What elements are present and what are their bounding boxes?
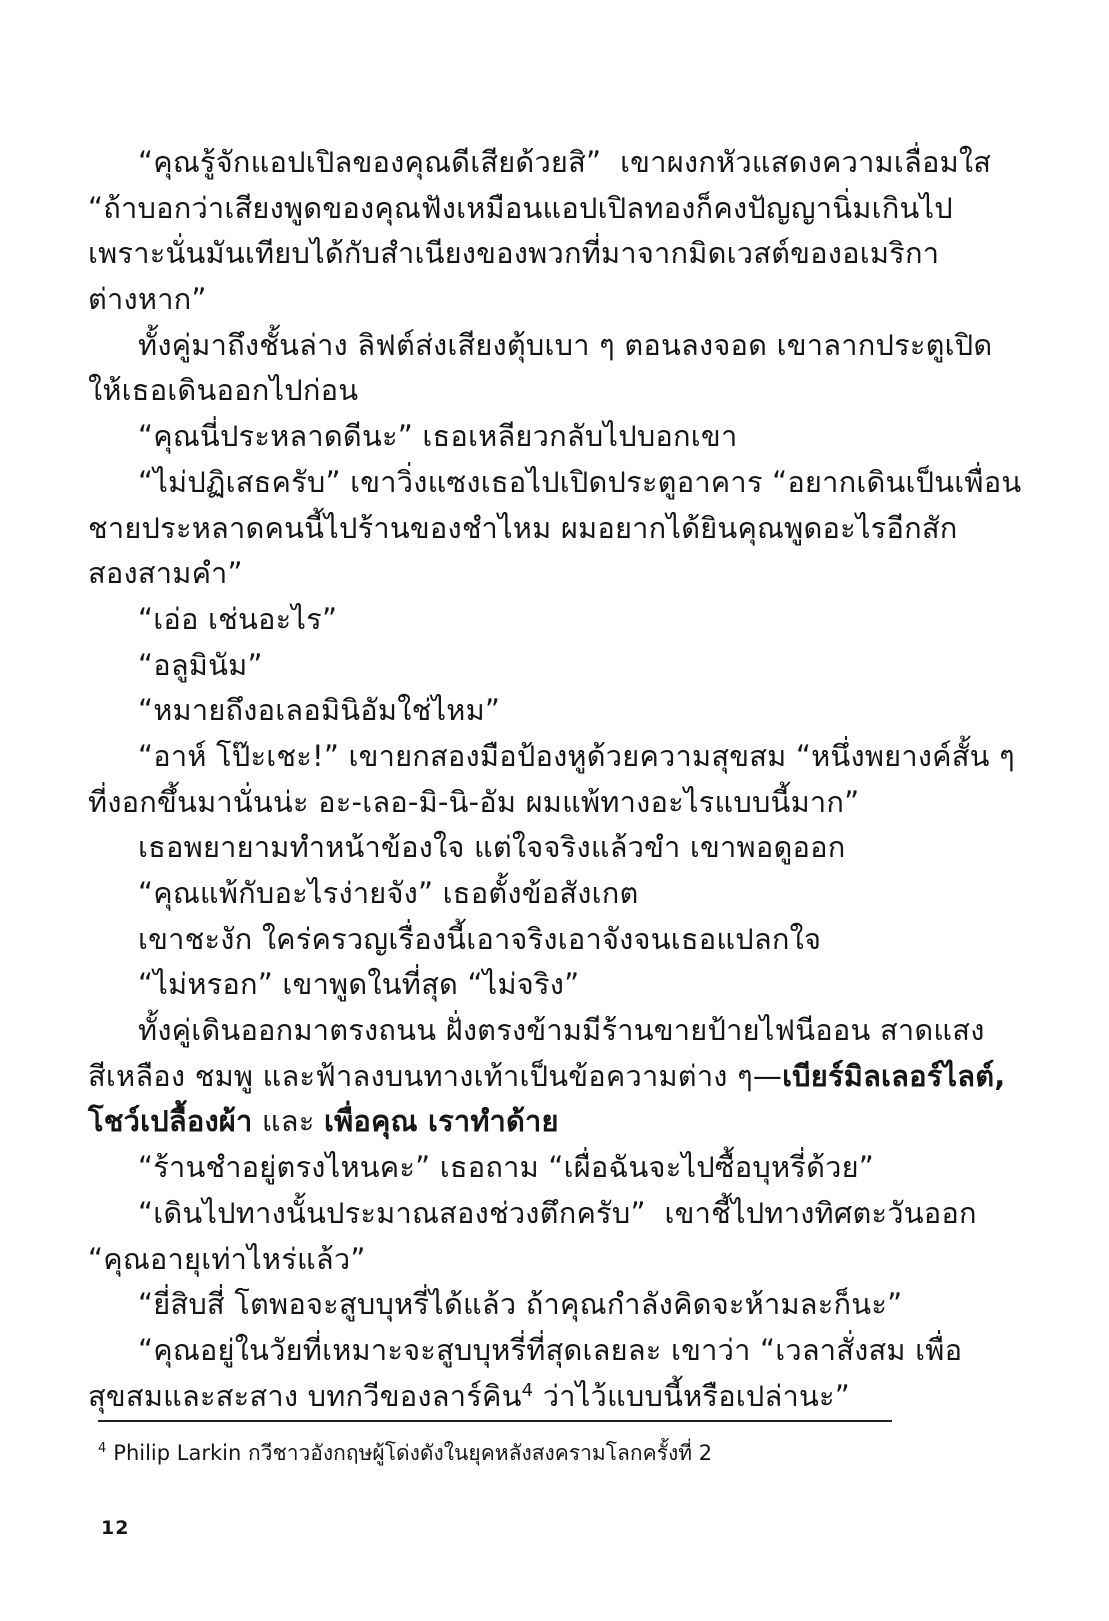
text-segment: ที่งอกขึ้นมานั่นน่ะ อะ-เลอ-มิ-นิ-อัม ผมแ… <box>88 785 859 819</box>
body-text: “คุณรู้จักแอปเปิลของคุณดีเสียด้วยสิ” เขา… <box>88 140 1020 1419</box>
text-line: “เอ่อ เช่นอะไร” <box>88 597 1020 643</box>
text-line: “อาห์ โป๊ะเชะ!” เขายกสองมือป้องหูด้วยควา… <box>88 734 1020 780</box>
text-segment: เพราะนั่นมันเทียบได้กับสำเนียงของพวกที่ม… <box>88 236 939 270</box>
text-segment: เขาชะงัก ใคร่ครวญเรื่องนี้เอาจริงเอาจังจ… <box>138 922 821 956</box>
text-segment: ให้เธอเดินออกไปก่อน <box>88 373 358 407</box>
text-line: ชายประหลาดคนนี้ไปร้านของชำไหม ผมอยากได้ย… <box>88 506 1020 552</box>
text-segment: “ยี่สิบสี่ โตพอจะสูบบุหรี่ได้แล้ว ถ้าคุณ… <box>138 1287 902 1321</box>
neon-sign-text: โชว์เปลื้องผ้า <box>88 1104 253 1138</box>
text-segment: “อาห์ โป๊ะเชะ!” เขายกสองมือป้องหูด้วยควา… <box>138 739 1015 773</box>
text-segment: สองสามคำ” <box>88 556 243 590</box>
text-line: “คุณแพ้กับอะไรง่ายจัง” เธอตั้งข้อสังเกต <box>88 871 1020 917</box>
text-line: โชว์เปลื้องผ้า และ เพื่อคุณ เราทำด้าย <box>88 1099 1020 1145</box>
text-segment: “เอ่อ เช่นอะไร” <box>138 602 337 636</box>
text-segment: “เดินไปทางนั้นประมาณสองช่วงตึกครับ” เขาช… <box>138 1196 977 1230</box>
text-line: ที่งอกขึ้นมานั่นน่ะ อะ-เลอ-มิ-นิ-อัม ผมแ… <box>88 780 1020 826</box>
text-line: เขาชะงัก ใคร่ครวญเรื่องนี้เอาจริงเอาจังจ… <box>88 917 1020 963</box>
page-number: 12 <box>101 1517 129 1539</box>
text-line: “คุณรู้จักแอปเปิลของคุณดีเสียด้วยสิ” เขา… <box>88 140 1020 186</box>
text-segment: “คุณนี่ประหลาดดีนะ” เธอเหลียวกลับไปบอกเข… <box>138 419 737 453</box>
text-segment: “คุณแพ้กับอะไรง่ายจัง” เธอตั้งข้อสังเกต <box>138 876 639 910</box>
text-segment: ทั้งคู่มาถึงชั้นล่าง ลิฟต์ส่งเสียงตุ้บเบ… <box>138 328 992 362</box>
book-page: “คุณรู้จักแอปเปิลของคุณดีเสียด้วยสิ” เขา… <box>0 0 1109 1621</box>
text-segment: ต่างหาก” <box>88 282 207 316</box>
text-segment: “อลูมินัม” <box>138 648 263 682</box>
footnote: 4Philip Larkin กวีชาวอังกฤษผู้โด่งดังในย… <box>98 1437 712 1469</box>
text-line: สองสามคำ” <box>88 551 1020 597</box>
text-segment: ว่าไว้แบบนี้หรือเปล่านะ” <box>533 1379 850 1413</box>
text-line: “คุณนี่ประหลาดดีนะ” เธอเหลียวกลับไปบอกเข… <box>88 414 1020 460</box>
text-line: “อลูมินัม” <box>88 643 1020 689</box>
text-segment: ทั้งคู่เดินออกมาตรงถนน ฝั่งตรงข้ามมีร้าน… <box>138 1013 985 1047</box>
footnote-separator <box>98 1420 892 1422</box>
text-line: ต่างหาก” <box>88 277 1020 323</box>
text-line: “หมายถึงอเลอมินิอัมใช่ไหม” <box>88 688 1020 734</box>
text-line: “คุณอายุเท่าไหร่แล้ว” <box>88 1237 1020 1283</box>
text-segment: “คุณอายุเท่าไหร่แล้ว” <box>88 1242 366 1276</box>
text-line: “เดินไปทางนั้นประมาณสองช่วงตึกครับ” เขาช… <box>88 1191 1020 1237</box>
text-segment: “ร้านชำอยู่ตรงไหนคะ” เธอถาม “เผื่อฉันจะไ… <box>138 1150 874 1184</box>
text-line: “คุณอยู่ในวัยที่เหมาะจะสูบบุหรี่ที่สุดเล… <box>88 1328 1020 1374</box>
text-line: เธอพยายามทำหน้าข้องใจ แต่ใจจริงแล้วขำ เข… <box>88 825 1020 871</box>
text-segment: เธอพยายามทำหน้าข้องใจ แต่ใจจริงแล้วขำ เข… <box>138 830 845 864</box>
neon-sign-text: เพื่อคุณ เราทำด้าย <box>324 1104 559 1138</box>
text-line: ให้เธอเดินออกไปก่อน <box>88 368 1020 414</box>
text-segment: “ไม่หรอก” เขาพูดในที่สุด “ไม่จริง” <box>138 967 579 1001</box>
text-segment: และ <box>253 1104 324 1138</box>
text-segment: ชายประหลาดคนนี้ไปร้านของชำไหม ผมอยากได้ย… <box>88 511 958 545</box>
text-line: “ยี่สิบสี่ โตพอจะสูบบุหรี่ได้แล้ว ถ้าคุณ… <box>88 1282 1020 1328</box>
text-segment: “หมายถึงอเลอมินิอัมใช่ไหม” <box>138 693 500 727</box>
text-line: เพราะนั่นมันเทียบได้กับสำเนียงของพวกที่ม… <box>88 231 1020 277</box>
text-line: ทั้งคู่เดินออกมาตรงถนน ฝั่งตรงข้ามมีร้าน… <box>88 1008 1020 1054</box>
text-segment: สีเหลือง ชมพู และฟ้าลงบนทางเท้าเป็นข้อคว… <box>88 1059 782 1093</box>
text-segment: “ถ้าบอกว่าเสียงพูดของคุณฟังเหมือนแอปเปิล… <box>88 191 953 225</box>
text-line: “ไม่หรอก” เขาพูดในที่สุด “ไม่จริง” <box>88 962 1020 1008</box>
footnote-reference: 4 <box>522 1380 534 1401</box>
text-segment: “คุณรู้จักแอปเปิลของคุณดีเสียด้วยสิ” เขา… <box>138 145 991 179</box>
text-line: “ร้านชำอยู่ตรงไหนคะ” เธอถาม “เผื่อฉันจะไ… <box>88 1145 1020 1191</box>
text-line: “ไม่ปฏิเสธครับ” เขาวิ่งแซงเธอไปเปิดประตู… <box>88 460 1020 506</box>
text-line: “ถ้าบอกว่าเสียงพูดของคุณฟังเหมือนแอปเปิล… <box>88 186 1020 232</box>
text-segment: “คุณอยู่ในวัยที่เหมาะจะสูบบุหรี่ที่สุดเล… <box>138 1333 962 1367</box>
text-segment: “ไม่ปฏิเสธครับ” เขาวิ่งแซงเธอไปเปิดประตู… <box>138 465 1021 499</box>
text-line: ทั้งคู่มาถึงชั้นล่าง ลิฟต์ส่งเสียงตุ้บเบ… <box>88 323 1020 369</box>
text-line: สีเหลือง ชมพู และฟ้าลงบนทางเท้าเป็นข้อคว… <box>88 1054 1020 1100</box>
text-segment: สุขสมและสะสาง บทกวีของลาร์คิน <box>88 1379 522 1413</box>
text-line: สุขสมและสะสาง บทกวีของลาร์คิน4 ว่าไว้แบบ… <box>88 1374 1020 1420</box>
footnote-text: Philip Larkin กวีชาวอังกฤษผู้โด่งดังในยุ… <box>113 1441 712 1465</box>
footnote-marker: 4 <box>98 1441 106 1456</box>
neon-sign-text: เบียร์มิลเลอร์ไลต์, <box>782 1059 1005 1093</box>
